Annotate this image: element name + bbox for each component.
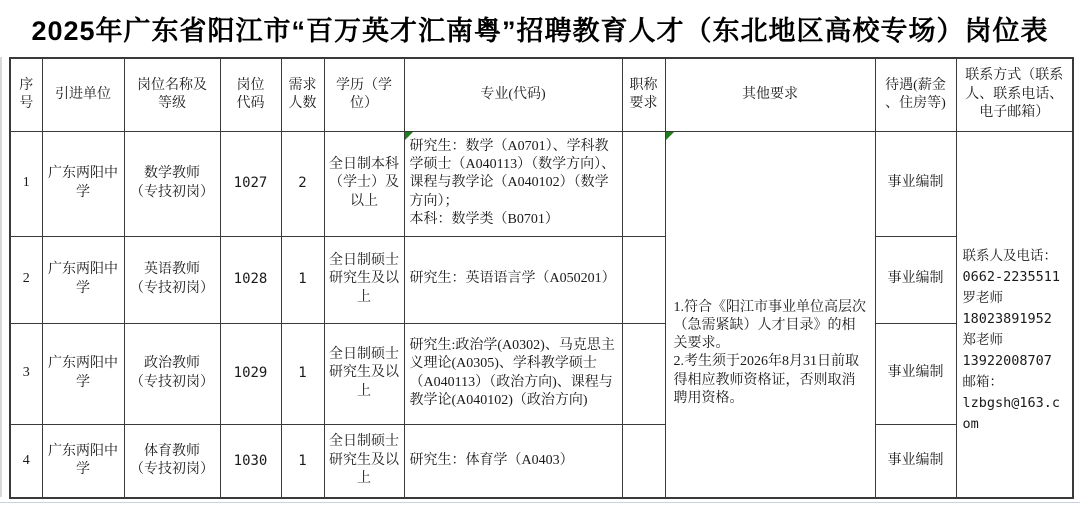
header-position: 岗位名称及 等级: [124, 58, 220, 131]
header-other-req: 其他要求: [665, 58, 875, 131]
header-code: 岗位 代码: [220, 58, 281, 131]
header-degree: 学历（学 位）: [324, 58, 404, 131]
title-req-cell: [622, 236, 665, 323]
header-count: 需求 人数: [281, 58, 324, 131]
unit-cell: 广东两阳中学: [42, 424, 124, 498]
position-cell: 体育教师 （专技初岗）: [124, 424, 220, 498]
page-title: 2025年广东省阳江市“百万英才汇南粤”招聘教育人才（东北地区高校专场）岗位表: [0, 0, 1080, 56]
job-positions-table: 序号 引进单位 岗位名称及 等级 岗位 代码 需求 人数 学历（学 位） 专业(…: [9, 57, 1074, 499]
degree-cell: 全日制本科（学士）及以上: [324, 131, 404, 236]
benefit-cell: 事业编制: [875, 236, 956, 323]
table-row: 3 广东两阳中学 政治教师 （专技初岗） 1029 1 全日制硕士研究生及以上 …: [10, 323, 1073, 424]
seq-cell: 3: [10, 323, 42, 424]
count-cell: 2: [281, 131, 324, 236]
major-cell: 研究生：体育学（A0403）: [404, 424, 622, 498]
benefit-cell: 事业编制: [875, 131, 956, 236]
major-text: 研究生：数学（A0701）、学科教学硕士（A040113）（数学方向）、课程与教…: [410, 139, 616, 227]
table-row: 1 广东两阳中学 数学教师 （专技初岗） 1027 2 全日制本科（学士）及以上…: [10, 131, 1073, 236]
title-req-cell: [622, 131, 665, 236]
major-text: 研究生：体育学（A0403）: [410, 453, 574, 468]
cell-comment-marker-icon: [405, 132, 413, 140]
header-benefit: 待遇(薪金 、住房等): [875, 58, 956, 131]
degree-cell: 全日制硕士研究生及以上: [324, 323, 404, 424]
other-requirements-text: 1.符合《阳江市事业单位高层次（急需紧缺）人才目录》的相关要求。 2.考生须于2…: [674, 300, 867, 406]
position-cell: 政治教师 （专技初岗）: [124, 323, 220, 424]
benefit-cell: 事业编制: [875, 323, 956, 424]
count-cell: 1: [281, 236, 324, 323]
cell-comment-marker-icon: [666, 132, 674, 140]
table-row: 4 广东两阳中学 体育教师 （专技初岗） 1030 1 全日制硕士研究生及以上 …: [10, 424, 1073, 498]
benefit-cell: 事业编制: [875, 424, 956, 498]
spreadsheet-left-gridline: [0, 57, 2, 497]
header-major: 专业(代码): [404, 58, 622, 131]
screenshot-bottom-edge: [0, 502, 1080, 503]
major-text: 研究生：英语语言学（A050201）: [410, 271, 616, 286]
unit-cell: 广东两阳中学: [42, 323, 124, 424]
title-req-cell: [622, 424, 665, 498]
code-cell: 1029: [220, 323, 281, 424]
table-row: 2 广东两阳中学 英语教师 （专技初岗） 1028 1 全日制硕士研究生及以上 …: [10, 236, 1073, 323]
code-cell: 1027: [220, 131, 281, 236]
major-cell: 研究生:政治学(A0302)、马克思主义理论(A0305)、学科教学硕士（A04…: [404, 323, 622, 424]
count-cell: 1: [281, 323, 324, 424]
header-unit: 引进单位: [42, 58, 124, 131]
unit-cell: 广东两阳中学: [42, 131, 124, 236]
major-cell: 研究生：数学（A0701）、学科教学硕士（A040113）（数学方向）、课程与教…: [404, 131, 622, 236]
code-cell: 1028: [220, 236, 281, 323]
seq-cell: 2: [10, 236, 42, 323]
position-cell: 数学教师 （专技初岗）: [124, 131, 220, 236]
seq-cell: 4: [10, 424, 42, 498]
major-cell: 研究生：英语语言学（A050201）: [404, 236, 622, 323]
count-cell: 1: [281, 424, 324, 498]
code-cell: 1030: [220, 424, 281, 498]
position-cell: 英语教师 （专技初岗）: [124, 236, 220, 323]
table-header-row: 序号 引进单位 岗位名称及 等级 岗位 代码 需求 人数 学历（学 位） 专业(…: [10, 58, 1073, 131]
seq-cell: 1: [10, 131, 42, 236]
header-title-req: 职称 要求: [622, 58, 665, 131]
degree-cell: 全日制硕士研究生及以上: [324, 236, 404, 323]
major-text: 研究生:政治学(A0302)、马克思主义理论(A0305)、学科教学硕士（A04…: [410, 338, 615, 408]
contact-cell: 联系人及电话： 0662-2235511 罗老师 18023891952 郑老师…: [956, 131, 1073, 498]
job-posting-screenshot: 2025年广东省阳江市“百万英才汇南粤”招聘教育人才（东北地区高校专场）岗位表 …: [0, 0, 1080, 505]
unit-cell: 广东两阳中学: [42, 236, 124, 323]
title-req-cell: [622, 323, 665, 424]
degree-cell: 全日制硕士研究生及以上: [324, 424, 404, 498]
other-requirements-cell: 1.符合《阳江市事业单位高层次（急需紧缺）人才目录》的相关要求。 2.考生须于2…: [665, 131, 875, 498]
header-contact: 联系方式（联系 人、联系电话、 电子邮箱）: [956, 58, 1073, 131]
header-seq: 序号: [10, 58, 42, 131]
